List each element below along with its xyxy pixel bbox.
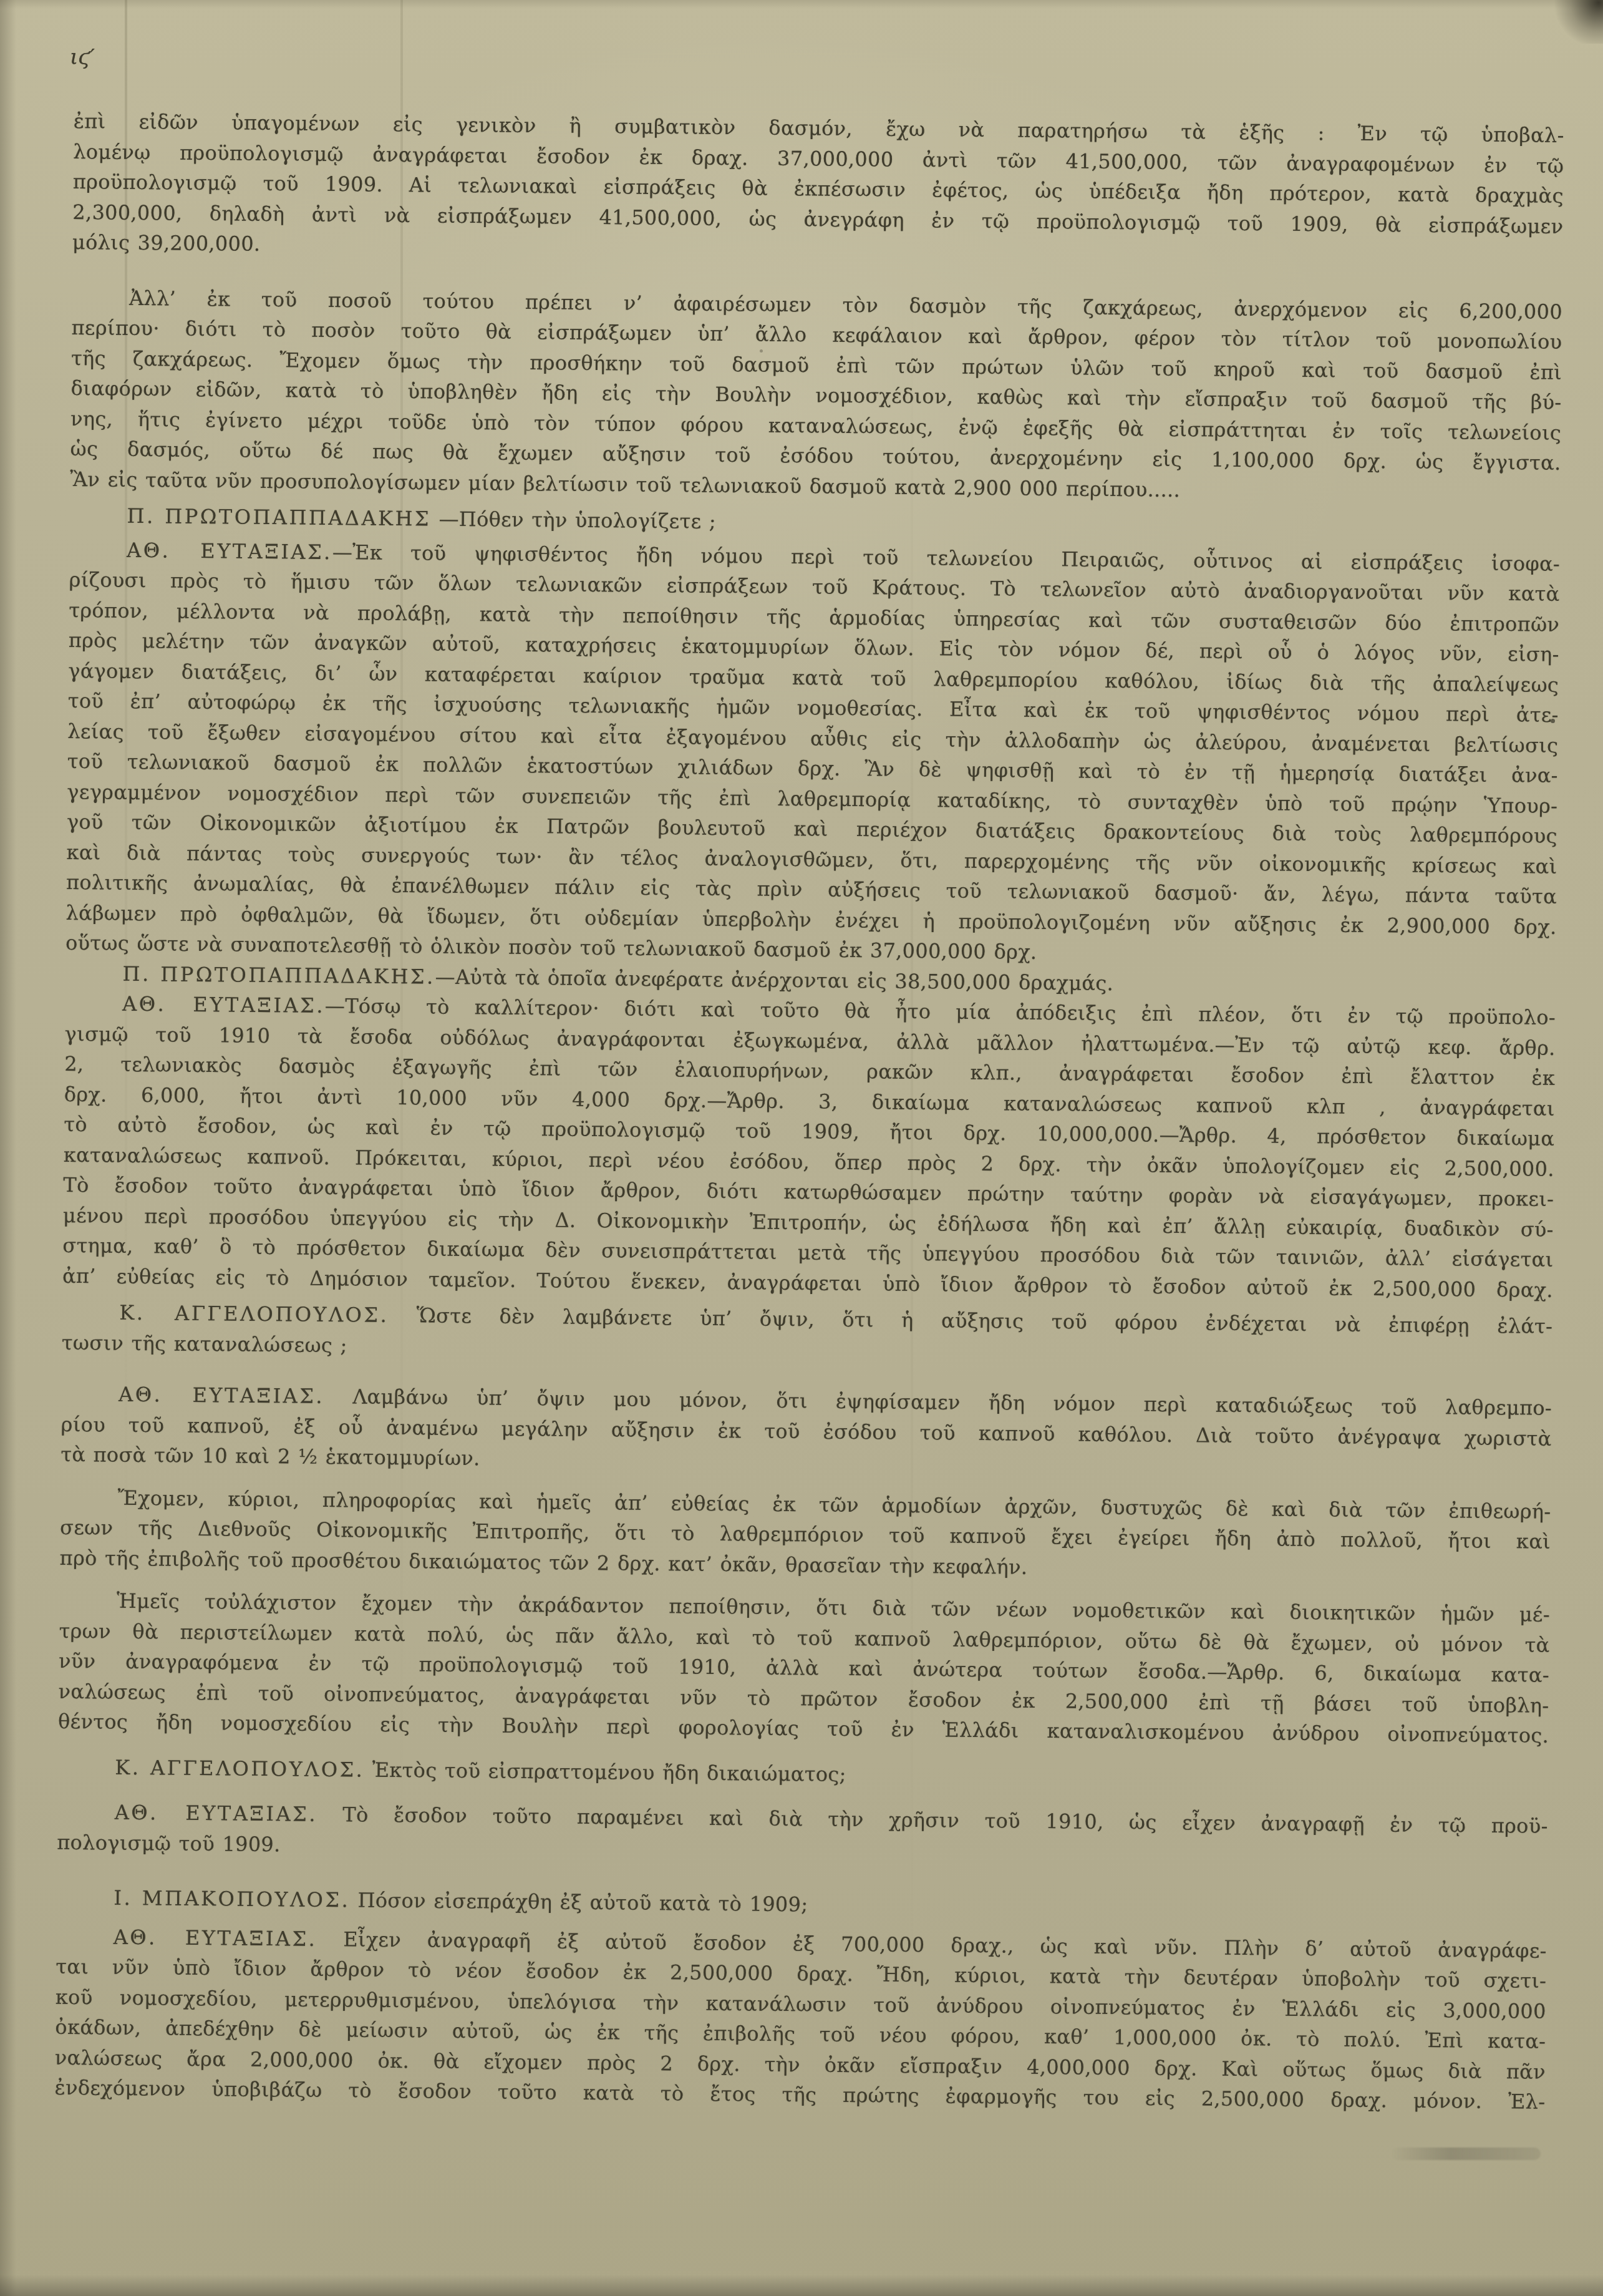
paragraph: ΑΘ. ΕΥΤΑΞΙΑΣ.—Τόσῳ τὸ καλλίτερον· διότι … bbox=[62, 988, 1556, 1305]
text-line: Κ. ΑΓΓΕΛΟΠΟΥΛΟΣ. Ἐκτὸς τοῦ εἰσπραττομένο… bbox=[57, 1751, 1548, 1796]
paragraph: Ἡμεῖς τοὐλάχιστον ἔχομεν τὴν ἀκράδαντον … bbox=[58, 1585, 1550, 1751]
paper-smudge bbox=[1391, 2148, 1541, 2160]
paragraph: Ἔχομεν, κύριοι, πληροφορίας καὶ ἡμεῖς ἀπ… bbox=[59, 1482, 1551, 1587]
scan-edge-shadow-bottom bbox=[0, 2275, 1603, 2296]
paragraph: ΑΘ. ΕΥΤΑΞΙΑΣ.—Ἐκ τοῦ ψηφισθέντος ἤδη νόμ… bbox=[65, 534, 1560, 972]
paragraph: ΑΘ. ΕΥΤΑΞΙΑΣ. Λαμβάνω ὑπ’ ὄψιν μου μόνον… bbox=[61, 1379, 1552, 1484]
speaker-name: ΑΘ. ΕΥΤΑΞΙΑΣ. bbox=[115, 1801, 318, 1826]
paragraph: Ι. ΜΠΑΚΟΠΟΥΛΟΣ. Πόσον εἰσεπράχθη ἐξ αὐτο… bbox=[56, 1882, 1547, 1927]
paragraph: ΑΘ. ΕΥΤΑΞΙΑΣ. Εἶχεν ἀναγραφῆ ἐξ αὐτοῦ ἔσ… bbox=[54, 1921, 1547, 2117]
text-line: Ι. ΜΠΑΚΟΠΟΥΛΟΣ. Πόσον εἰσεπράχθη ἐξ αὐτο… bbox=[56, 1882, 1547, 1927]
speaker-name: Κ. ΑΓΓΕΛΟΠΟΥΛΟΣ. bbox=[119, 1301, 389, 1327]
paragraph: ἐπὶ εἰδῶν ὑπαγομένων εἰς γενικὸν ἢ συμβα… bbox=[72, 106, 1564, 271]
document-paper: ιϛ′ ἐπὶ εἰδῶν ὑπαγομένων εἰς γενικὸν ἢ σ… bbox=[0, 0, 1603, 2296]
page-number: ιϛ′ bbox=[70, 45, 95, 70]
paragraph: Κ. ΑΓΓΕΛΟΠΟΥΛΟΣ. Ὥστε δὲν λαμβάνετε ὑπ’ … bbox=[62, 1297, 1553, 1372]
ink-stain bbox=[1549, 0, 1603, 44]
paragraph: Ἀλλ’ ἐκ τοῦ ποσοῦ τούτου πρέπει ν’ ἀφαιρ… bbox=[70, 282, 1562, 508]
speaker-name: ΑΘ. ΕΥΤΑΞΙΑΣ. bbox=[114, 1925, 317, 1950]
scan-edge-shadow-left bbox=[0, 0, 16, 2296]
speaker-name: ΑΘ. ΕΥΤΑΞΙΑΣ. bbox=[119, 1383, 324, 1408]
speaker-name: ΑΘ. ΕΥΤΑΞΙΑΣ. bbox=[127, 538, 332, 563]
speaker-name: Π. ΠΡΩΤΟΠΑΠΠΑΔΑΚΗΣ. bbox=[122, 961, 435, 988]
paragraph: ΑΘ. ΕΥΤΑΞΙΑΣ. Τὸ ἔσοδον τοῦτο παραμένει … bbox=[57, 1797, 1548, 1872]
speaker-name: Ι. ΜΠΑΚΟΠΟΥΛΟΣ. bbox=[114, 1886, 350, 1912]
speaker-name: Π. ΠΡΩΤΟΠΑΠΠΑΔΑΚΗΣ bbox=[127, 504, 432, 531]
paragraph: Κ. ΑΓΓΕΛΟΠΟΥΛΟΣ. Ἐκτὸς τοῦ εἰσπραττομένο… bbox=[57, 1751, 1548, 1796]
speaker-name: Κ. ΑΓΓΕΛΟΠΟΥΛΟΣ. bbox=[115, 1755, 364, 1781]
document-text: ἐπὶ εἰδῶν ὑπαγομένων εἰς γενικὸν ἢ συμβα… bbox=[54, 106, 1564, 2117]
scan-edge-shadow-top bbox=[0, 0, 1603, 9]
speaker-name: ΑΘ. ΕΥΤΑΞΙΑΣ. bbox=[122, 992, 325, 1018]
